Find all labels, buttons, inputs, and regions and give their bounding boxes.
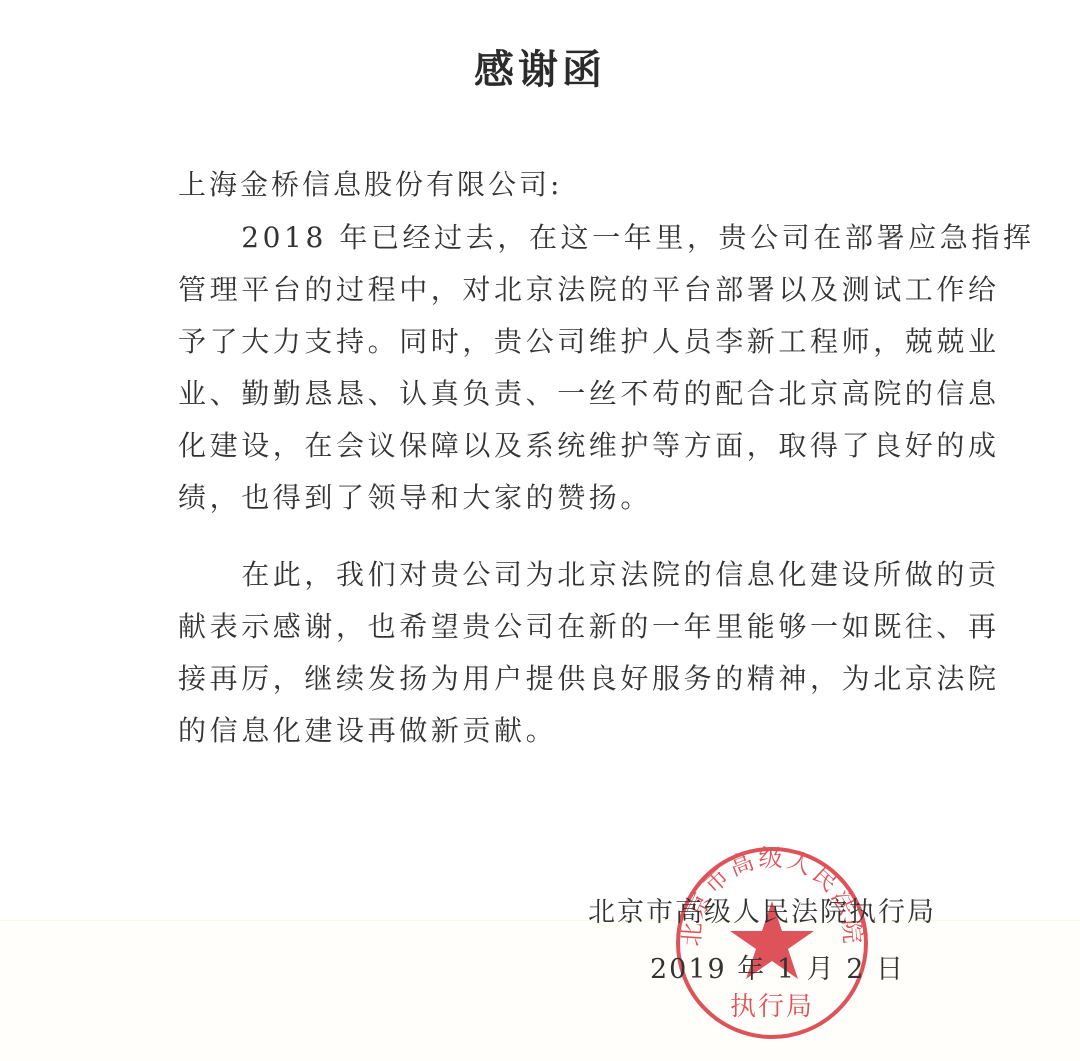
paragraph-line: 管理平台的过程中，对北京法院的平台部署以及测试工作给 <box>178 265 1000 315</box>
paragraph-line: 予了大力支持。同时，贵公司维护人员李新工程师，兢兢业 <box>178 317 1000 367</box>
official-seal: 北京市高级人民法院 执行局 <box>672 843 872 1043</box>
letter-salutation: 上海金桥信息股份有限公司: <box>178 160 562 210</box>
paragraph-line: 接再厉，继续发扬为用户提供良好服务的精神，为北京法院 <box>178 654 1000 704</box>
signature-date: 2019 年 1 月 2 日 <box>650 945 905 995</box>
paragraph-line: 化建设，在会议保障以及系统维护等方面，取得了良好的成 <box>178 421 1000 471</box>
paragraph-line: 在此，我们对贵公司为北京法院的信息化建设所做的贡 <box>178 550 1000 600</box>
paragraph-line: 绩，也得到了领导和大家的赞扬。 <box>178 473 652 523</box>
letter-page: 感谢函 上海金桥信息股份有限公司: 2018 年已经过去，在这一年里，贵公司在部… <box>0 0 1080 1061</box>
paragraph-line: 献表示感谢，也希望贵公司在新的一年里能够一如既往、再 <box>178 602 1000 652</box>
paragraph-line: 的信息化建设再做新贡献。 <box>178 706 557 756</box>
signature-issuer: 北京市高级人民法院执行局 <box>588 888 936 938</box>
paragraph-line: 2018 年已经过去，在这一年里，贵公司在部署应急指挥 <box>178 213 1035 263</box>
scan-tint-region <box>0 920 1080 1061</box>
letter-title: 感谢函 <box>0 40 1080 100</box>
paragraph-line: 业、勤勤恳恳、认真负责、一丝不苟的配合北京高院的信息 <box>178 369 1000 419</box>
seal-bottom-text: 执行局 <box>730 992 814 1022</box>
